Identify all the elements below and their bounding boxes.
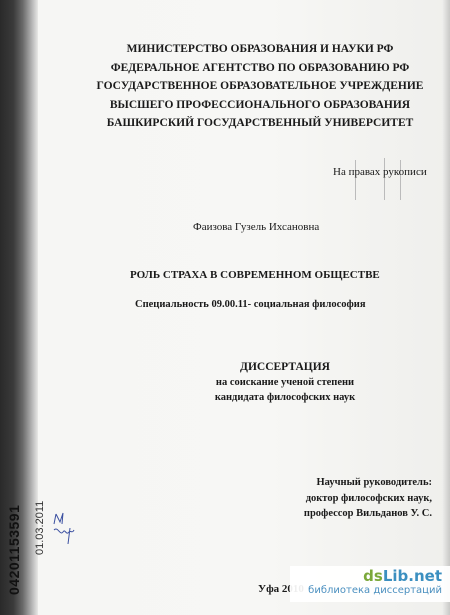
header-line: ВЫСШЕГО ПРОФЕССИОНАЛЬНОГО ОБРАЗОВАНИЯ <box>90 96 430 115</box>
degree-line: кандидата философских наук <box>160 390 410 405</box>
watermark-subtitle: библиотека диссертаций <box>290 585 442 597</box>
institution-header: МИНИСТЕРСТВО ОБРАЗОВАНИЯ И НАУКИ РФ ФЕДЕ… <box>90 40 430 133</box>
page-edge <box>442 0 450 615</box>
degree-line: на соискание ученой степени <box>160 375 410 390</box>
supervisor-name: профессор Вильданов У. С. <box>290 506 432 522</box>
signature-icon <box>50 510 78 548</box>
logo-ds: ds <box>363 567 383 585</box>
supervisor-label: Научный руководитель: <box>290 475 432 491</box>
scan-artifact <box>384 158 385 200</box>
rights-note: На правах рукописи <box>333 166 427 178</box>
barcode-number: 04201153591 <box>6 505 22 595</box>
dslib-watermark[interactable]: dsLib.net библиотека диссертаций <box>290 566 450 602</box>
author-name: Фаизова Гузель Ихсановна <box>193 221 319 233</box>
supervisor-degree: доктор философских наук, <box>290 491 432 507</box>
scanned-page: 04201153591 01.03.2011 МИНИСТЕРСТВО ОБРА… <box>0 0 450 615</box>
dissertation-title: РОЛЬ СТРАХА В СОВРЕМЕННОМ ОБЩЕСТВЕ <box>130 269 380 281</box>
header-line: ФЕДЕРАЛЬНОЕ АГЕНТСТВО ПО ОБРАЗОВАНИЮ РФ <box>90 59 430 78</box>
degree-heading: ДИССЕРТАЦИЯ <box>160 360 410 375</box>
dslib-logo[interactable]: dsLib.net <box>290 566 442 585</box>
degree-block: ДИССЕРТАЦИЯ на соискание ученой степени … <box>160 360 410 405</box>
header-line: ГОСУДАРСТВЕННОЕ ОБРАЗОВАТЕЛЬНОЕ УЧРЕЖДЕН… <box>90 77 430 96</box>
header-line: БАШКИРСКИЙ ГОСУДАРСТВЕННЫЙ УНИВЕРСИТЕТ <box>90 114 430 133</box>
logo-lib: Lib.net <box>383 567 442 585</box>
header-line: МИНИСТЕРСТВО ОБРАЗОВАНИЯ И НАУКИ РФ <box>90 40 430 59</box>
date-stamp: 01.03.2011 <box>34 501 46 555</box>
supervisor-block: Научный руководитель: доктор философских… <box>290 475 450 522</box>
specialty: Специальность 09.00.11- социальная филос… <box>135 299 366 310</box>
